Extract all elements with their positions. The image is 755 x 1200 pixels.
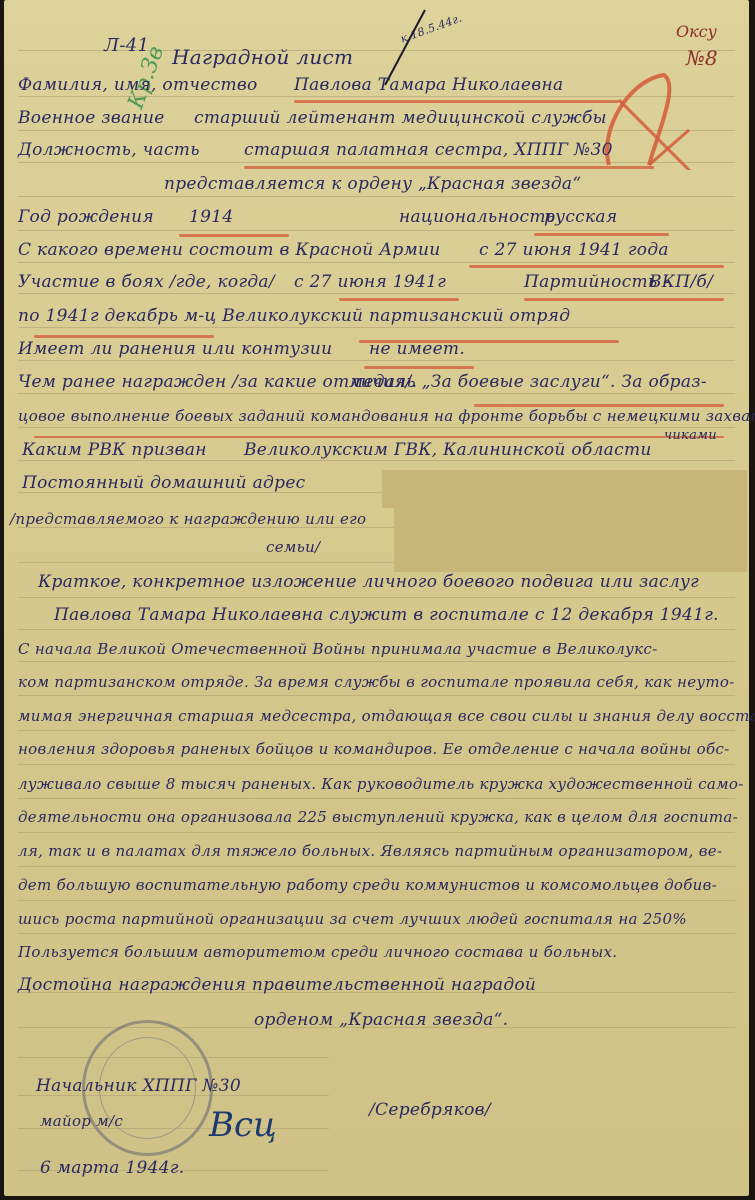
- field-value-prior-awards: медаль „За боевые заслуги“. За образ-: [349, 372, 707, 392]
- field-value-position: старшая палатная сестра, ХППГ №30: [244, 140, 613, 160]
- field-value-birth-year: 1914: [189, 207, 233, 227]
- summary-line: ля, так и в палатах для тяжело больных. …: [18, 842, 722, 860]
- field-value-name: Павлова Тамара Николаевна: [294, 75, 563, 95]
- field-value-rank: старший лейтенант медицинской службы: [194, 108, 607, 128]
- signer-name: /Серебряков/: [369, 1100, 491, 1120]
- field-label-address: Постоянный домашний адрес: [22, 473, 306, 493]
- field-label-draft-office: Каким РВК призван: [22, 440, 207, 460]
- summary-line: деятельности она организовала 225 выступ…: [18, 808, 738, 826]
- field-value-prior-awards-end: чиками: [664, 428, 717, 443]
- award-sheet: Л-41 Оксу №8 к 18.5.44г. Кр.Зв Наградной…: [4, 0, 749, 1196]
- field-label-name: Фамилия, имя, отчество: [18, 75, 258, 95]
- field-label-address-2: /представляемого к награждению или его: [10, 510, 366, 528]
- signer-position: Начальник ХППГ №30: [36, 1076, 241, 1096]
- summary-line: дет большую воспитательную работу среди …: [18, 876, 717, 894]
- field-label-address-3: семьи/: [266, 538, 320, 556]
- field-value-battles-cont: по 1941г декабрь м-ц Великолукский парти…: [18, 306, 570, 326]
- field-value-service-since: с 27 июня 1941 года: [479, 240, 669, 260]
- sign-date: 6 марта 1944г.: [40, 1158, 184, 1178]
- summary-line: Пользуется большим авторитетом среди лич…: [18, 943, 617, 961]
- handwritten-signature: Всц: [209, 1105, 277, 1145]
- field-value-nomination: представляется к ордену „Красная звезда“: [164, 174, 581, 194]
- summary-line: мимая энергичная старшая медсестра, отда…: [18, 707, 755, 725]
- field-value-battles: с 27 июня 1941г: [294, 272, 446, 292]
- conclusion-line-2: орденом „Красная звезда“.: [254, 1010, 508, 1030]
- conclusion-line-1: Достойна награждения правительственной н…: [18, 975, 536, 995]
- field-label-nationality: национальность: [399, 207, 555, 227]
- field-label-position: Должность, часть: [18, 140, 200, 160]
- field-value-nationality: русская: [544, 207, 617, 227]
- field-label-battles: Участие в боях /где, когда/: [18, 272, 275, 292]
- field-label-service-since: С какого времени состоит в Красной Армии: [18, 240, 441, 260]
- summary-line: новления здоровья раненых бойцов и коман…: [18, 740, 730, 758]
- corner-mark-top: Оксу: [676, 22, 717, 41]
- field-label-birth-year: Год рождения: [18, 207, 154, 227]
- redacted-address-2: [394, 508, 747, 572]
- field-value-wounds: не имеет.: [369, 339, 465, 359]
- page-title: Наградной лист: [172, 45, 353, 69]
- summary-line: С начала Великой Отечественной Войны при…: [18, 640, 657, 658]
- corner-mark-number: №8: [686, 46, 718, 70]
- signer-rank: майор м/с: [40, 1112, 123, 1130]
- field-value-prior-awards-cont: цовое выполнение боевых заданий командов…: [18, 407, 755, 425]
- field-value-party: ВКП/б/: [649, 272, 713, 292]
- summary-line: шись роста партийной организации за счет…: [18, 910, 687, 928]
- summary-line: Павлова Тамара Николаевна служит в госпи…: [54, 605, 719, 625]
- summary-heading: Краткое, конкретное изложение личного бо…: [38, 572, 699, 592]
- field-label-wounds: Имеет ли ранения или контузии: [18, 339, 332, 359]
- summary-line: ком партизанском отряде. За время службы…: [18, 673, 735, 691]
- redacted-address-1: [382, 470, 747, 508]
- field-label-rank: Военное звание: [18, 108, 165, 128]
- field-label-party: Партийность -: [524, 272, 669, 292]
- field-value-draft-office: Великолукским ГВК, Калининской области: [244, 440, 652, 460]
- summary-line: луживало свыше 8 тысяч раненых. Как руко…: [18, 775, 744, 793]
